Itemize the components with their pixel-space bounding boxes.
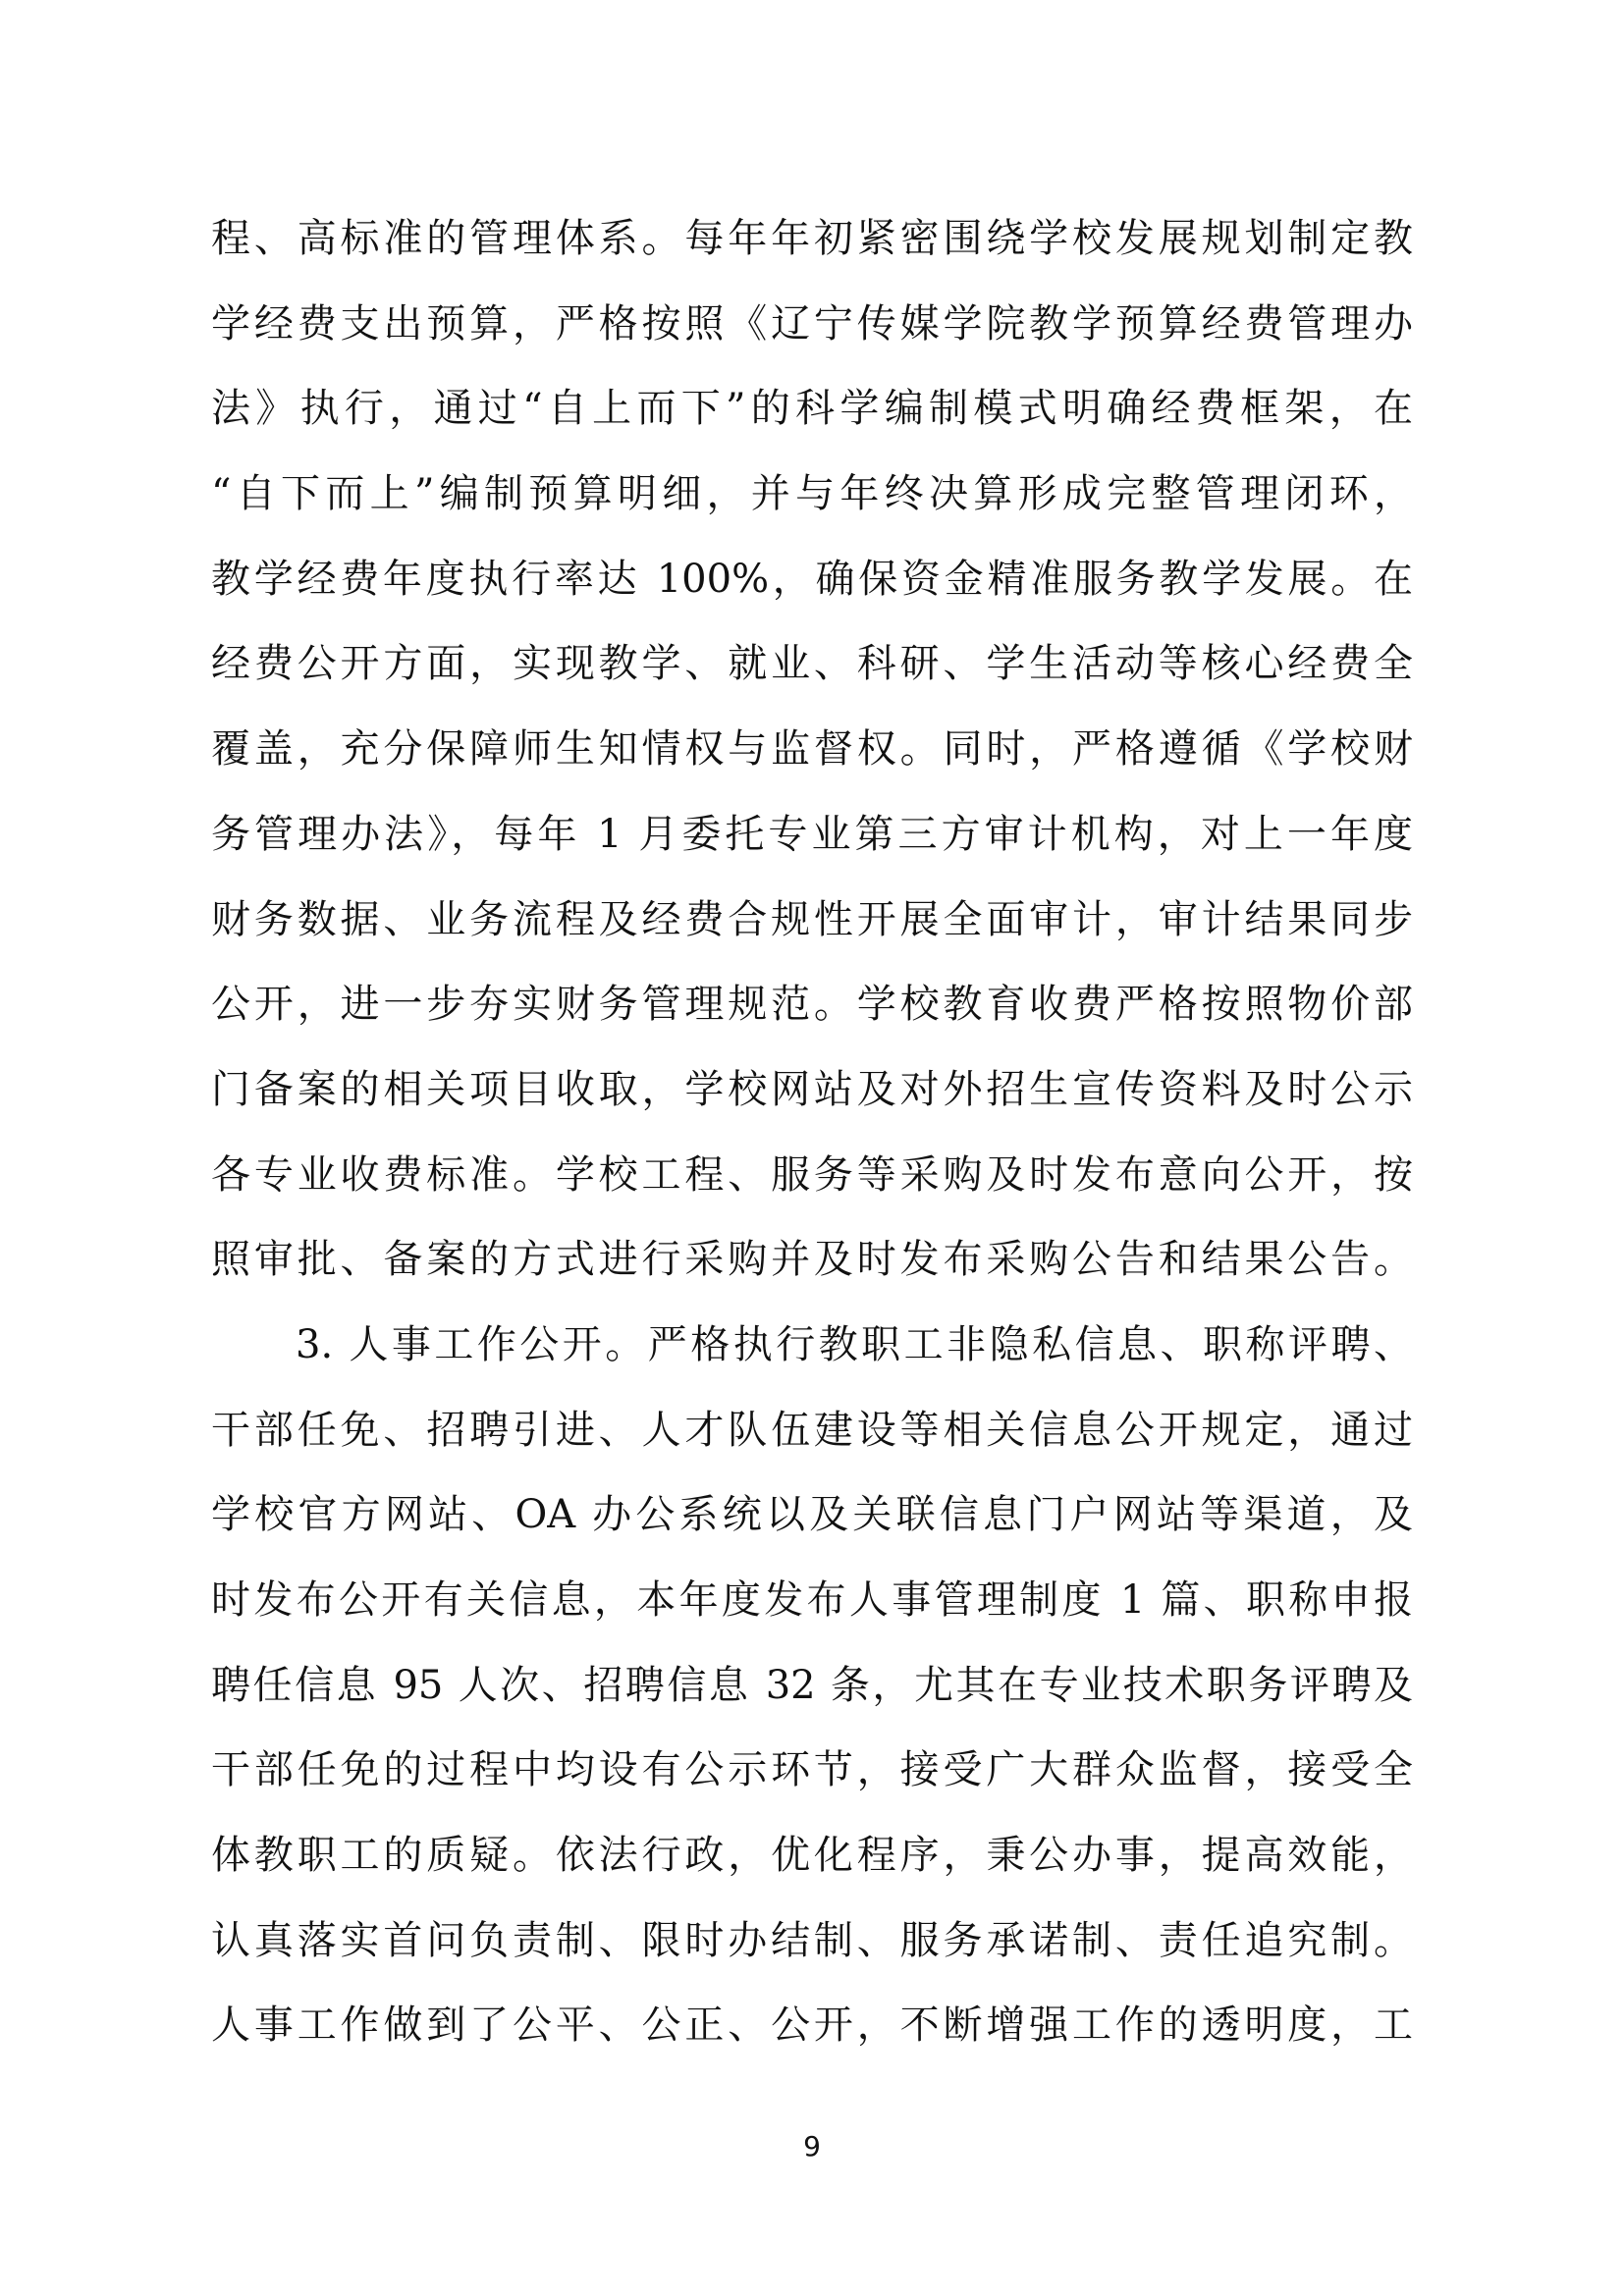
page-number: 9 [0,2130,1624,2163]
body-text: 程、高标准的管理体系。每年年初紧密围绕学校发展规划制定教 学经费支出预算，严格按… [211,208,1413,2080]
text-line-22: 人事工作做到了公平、公正、公开，不断增强工作的透明度，工 [211,1995,1413,2080]
text-line-21: 认真落实首问负责制、限时办结制、服务承诺制、责任追究制。 [211,1910,1413,1996]
text-line-3: 法》执行，通过“自上而下”的科学编制模式明确经费框架，在 [211,378,1413,463]
text-line-6: 经费公开方面，实现教学、就业、科研、学生活动等核心经费全 [211,633,1413,719]
text-line-11: 门备案的相关项目收取，学校网站及对外招生宣传资料及时公示 [211,1059,1413,1145]
text-line-15: 干部任免、招聘引进、人才队伍建设等相关信息公开规定，通过 [211,1400,1413,1485]
text-line-13: 照审批、备案的方式进行采购并及时发布采购公告和结果公告。 [211,1229,1413,1314]
text-line-18: 聘任信息 95 人次、招聘信息 32 条，尤其在专业技术职务评聘及 [211,1655,1413,1740]
text-line-12: 各专业收费标准。学校工程、服务等采购及时发布意向公开，按 [211,1145,1413,1230]
section-heading-line: 3. 人事工作公开。严格执行教职工非隐私信息、职称评聘、 [211,1314,1413,1400]
text-line-10: 公开，进一步夯实财务管理规范。学校教育收费严格按照物价部 [211,974,1413,1059]
document-page: 程、高标准的管理体系。每年年初紧密围绕学校发展规划制定教 学经费支出预算，严格按… [0,0,1624,2296]
text-line-8: 务管理办法》，每年 1 月委托专业第三方审计机构，对上一年度 [211,804,1413,889]
text-line-9: 财务数据、业务流程及经费合规性开展全面审计，审计结果同步 [211,889,1413,975]
text-line-20: 体教职工的质疑。依法行政，优化程序，秉公办事，提高效能， [211,1825,1413,1910]
text-line-19: 干部任免的过程中均设有公示环节，接受广大群众监督，接受全 [211,1739,1413,1825]
text-line-5: 教学经费年度执行率达 100%，确保资金精准服务教学发展。在 [211,549,1413,634]
text-line-16: 学校官方网站、OA 办公系统以及关联信息门户网站等渠道，及 [211,1484,1413,1570]
text-line-7: 覆盖，充分保障师生知情权与监督权。同时，严格遵循《学校财 [211,719,1413,804]
text-line-17: 时发布公开有关信息，本年度发布人事管理制度 1 篇、职称申报 [211,1570,1413,1655]
text-line-2: 学经费支出预算，严格按照《辽宁传媒学院教学预算经费管理办 [211,294,1413,379]
text-line-4: “自下而上”编制预算明细，并与年终决算形成完整管理闭环， [211,463,1413,549]
text-line-1: 程、高标准的管理体系。每年年初紧密围绕学校发展规划制定教 [211,208,1413,294]
